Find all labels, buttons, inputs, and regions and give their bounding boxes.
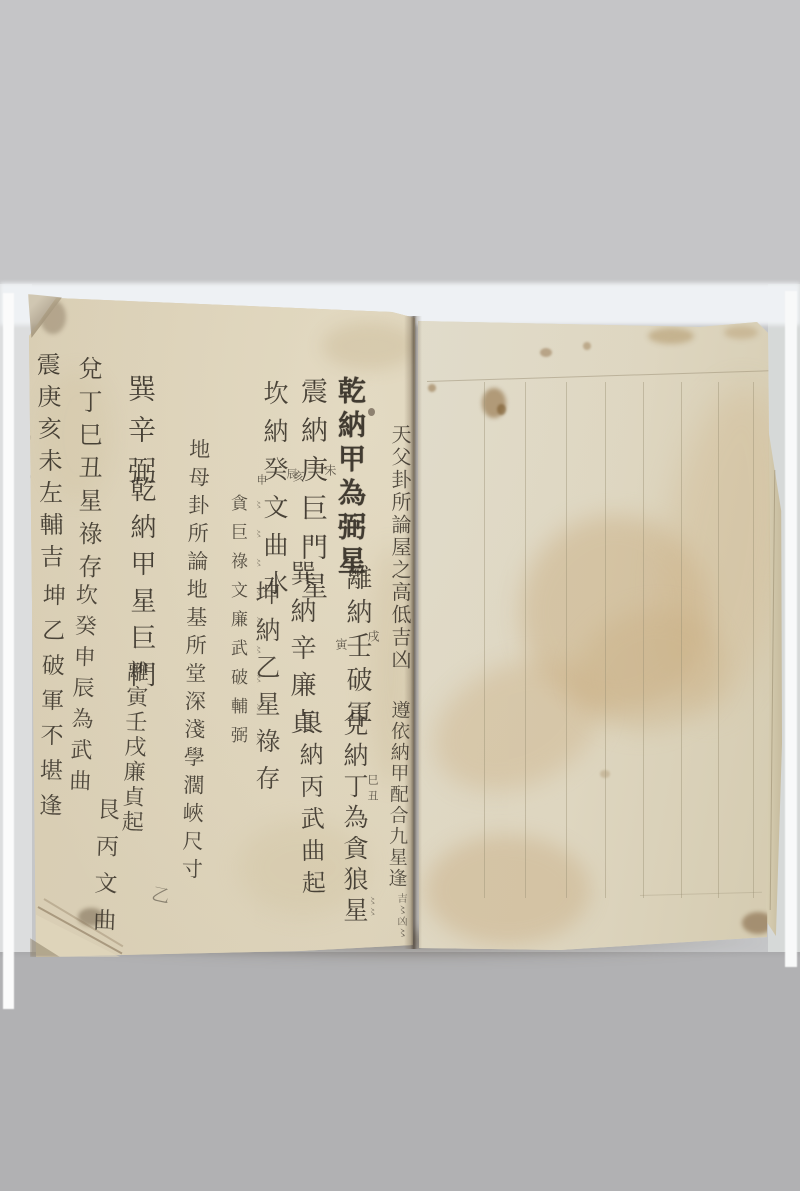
white-backing-strip-right bbox=[785, 291, 797, 967]
white-backing-strip-left bbox=[3, 293, 14, 1009]
manuscript-photo: 天父卦所論屋之高低吉凶遵依納甲配合九星逢吉〻凶〻乾納甲為弼星離納壬破軍寅戌兌納丁… bbox=[0, 0, 800, 1191]
book-gutter bbox=[404, 316, 422, 949]
backdrop-top bbox=[0, 0, 800, 290]
backdrop-bottom bbox=[0, 952, 800, 1191]
